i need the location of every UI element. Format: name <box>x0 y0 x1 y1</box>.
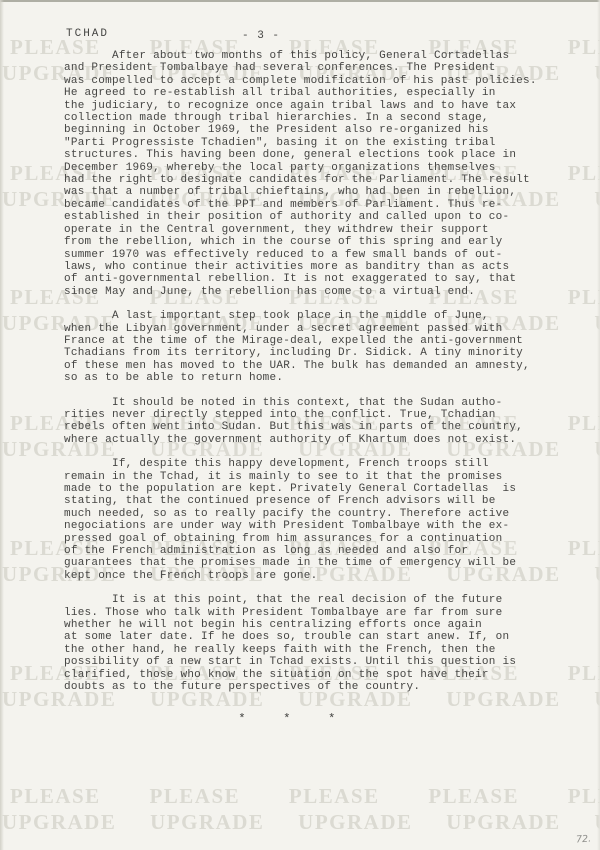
paragraph-3: It should be noted in this context, that… <box>64 397 570 447</box>
scan-edge-top <box>0 0 600 2</box>
paragraph-4: If, despite this happy development, Fren… <box>64 458 570 582</box>
page-number: - 3 - <box>242 30 280 42</box>
asterisk-separator: * * * <box>0 712 574 726</box>
paragraph-5: It is at this point, that the real decis… <box>64 594 570 693</box>
handwritten-page-number: 72. <box>576 833 592 845</box>
paragraph-2: A last important step took place in the … <box>64 310 570 384</box>
document-body: After about two months of this policy, G… <box>64 50 570 706</box>
document-title: TCHAD <box>66 28 109 40</box>
watermark-upgrade-text: UPGRADE UPGRADE UPGRADE UPGRADE UPGRADE <box>0 811 600 833</box>
document-page: PLEASE PLEASE PLEASE PLEASE PLEASE UPGRA… <box>0 0 600 850</box>
watermark-please-text: PLEASE PLEASE PLEASE PLEASE PLEASE <box>0 785 600 807</box>
scan-edge-left <box>0 0 4 850</box>
paragraph-1: After about two months of this policy, G… <box>64 50 570 298</box>
watermark-row: PLEASE PLEASE PLEASE PLEASE PLEASE UPGRA… <box>0 785 600 833</box>
